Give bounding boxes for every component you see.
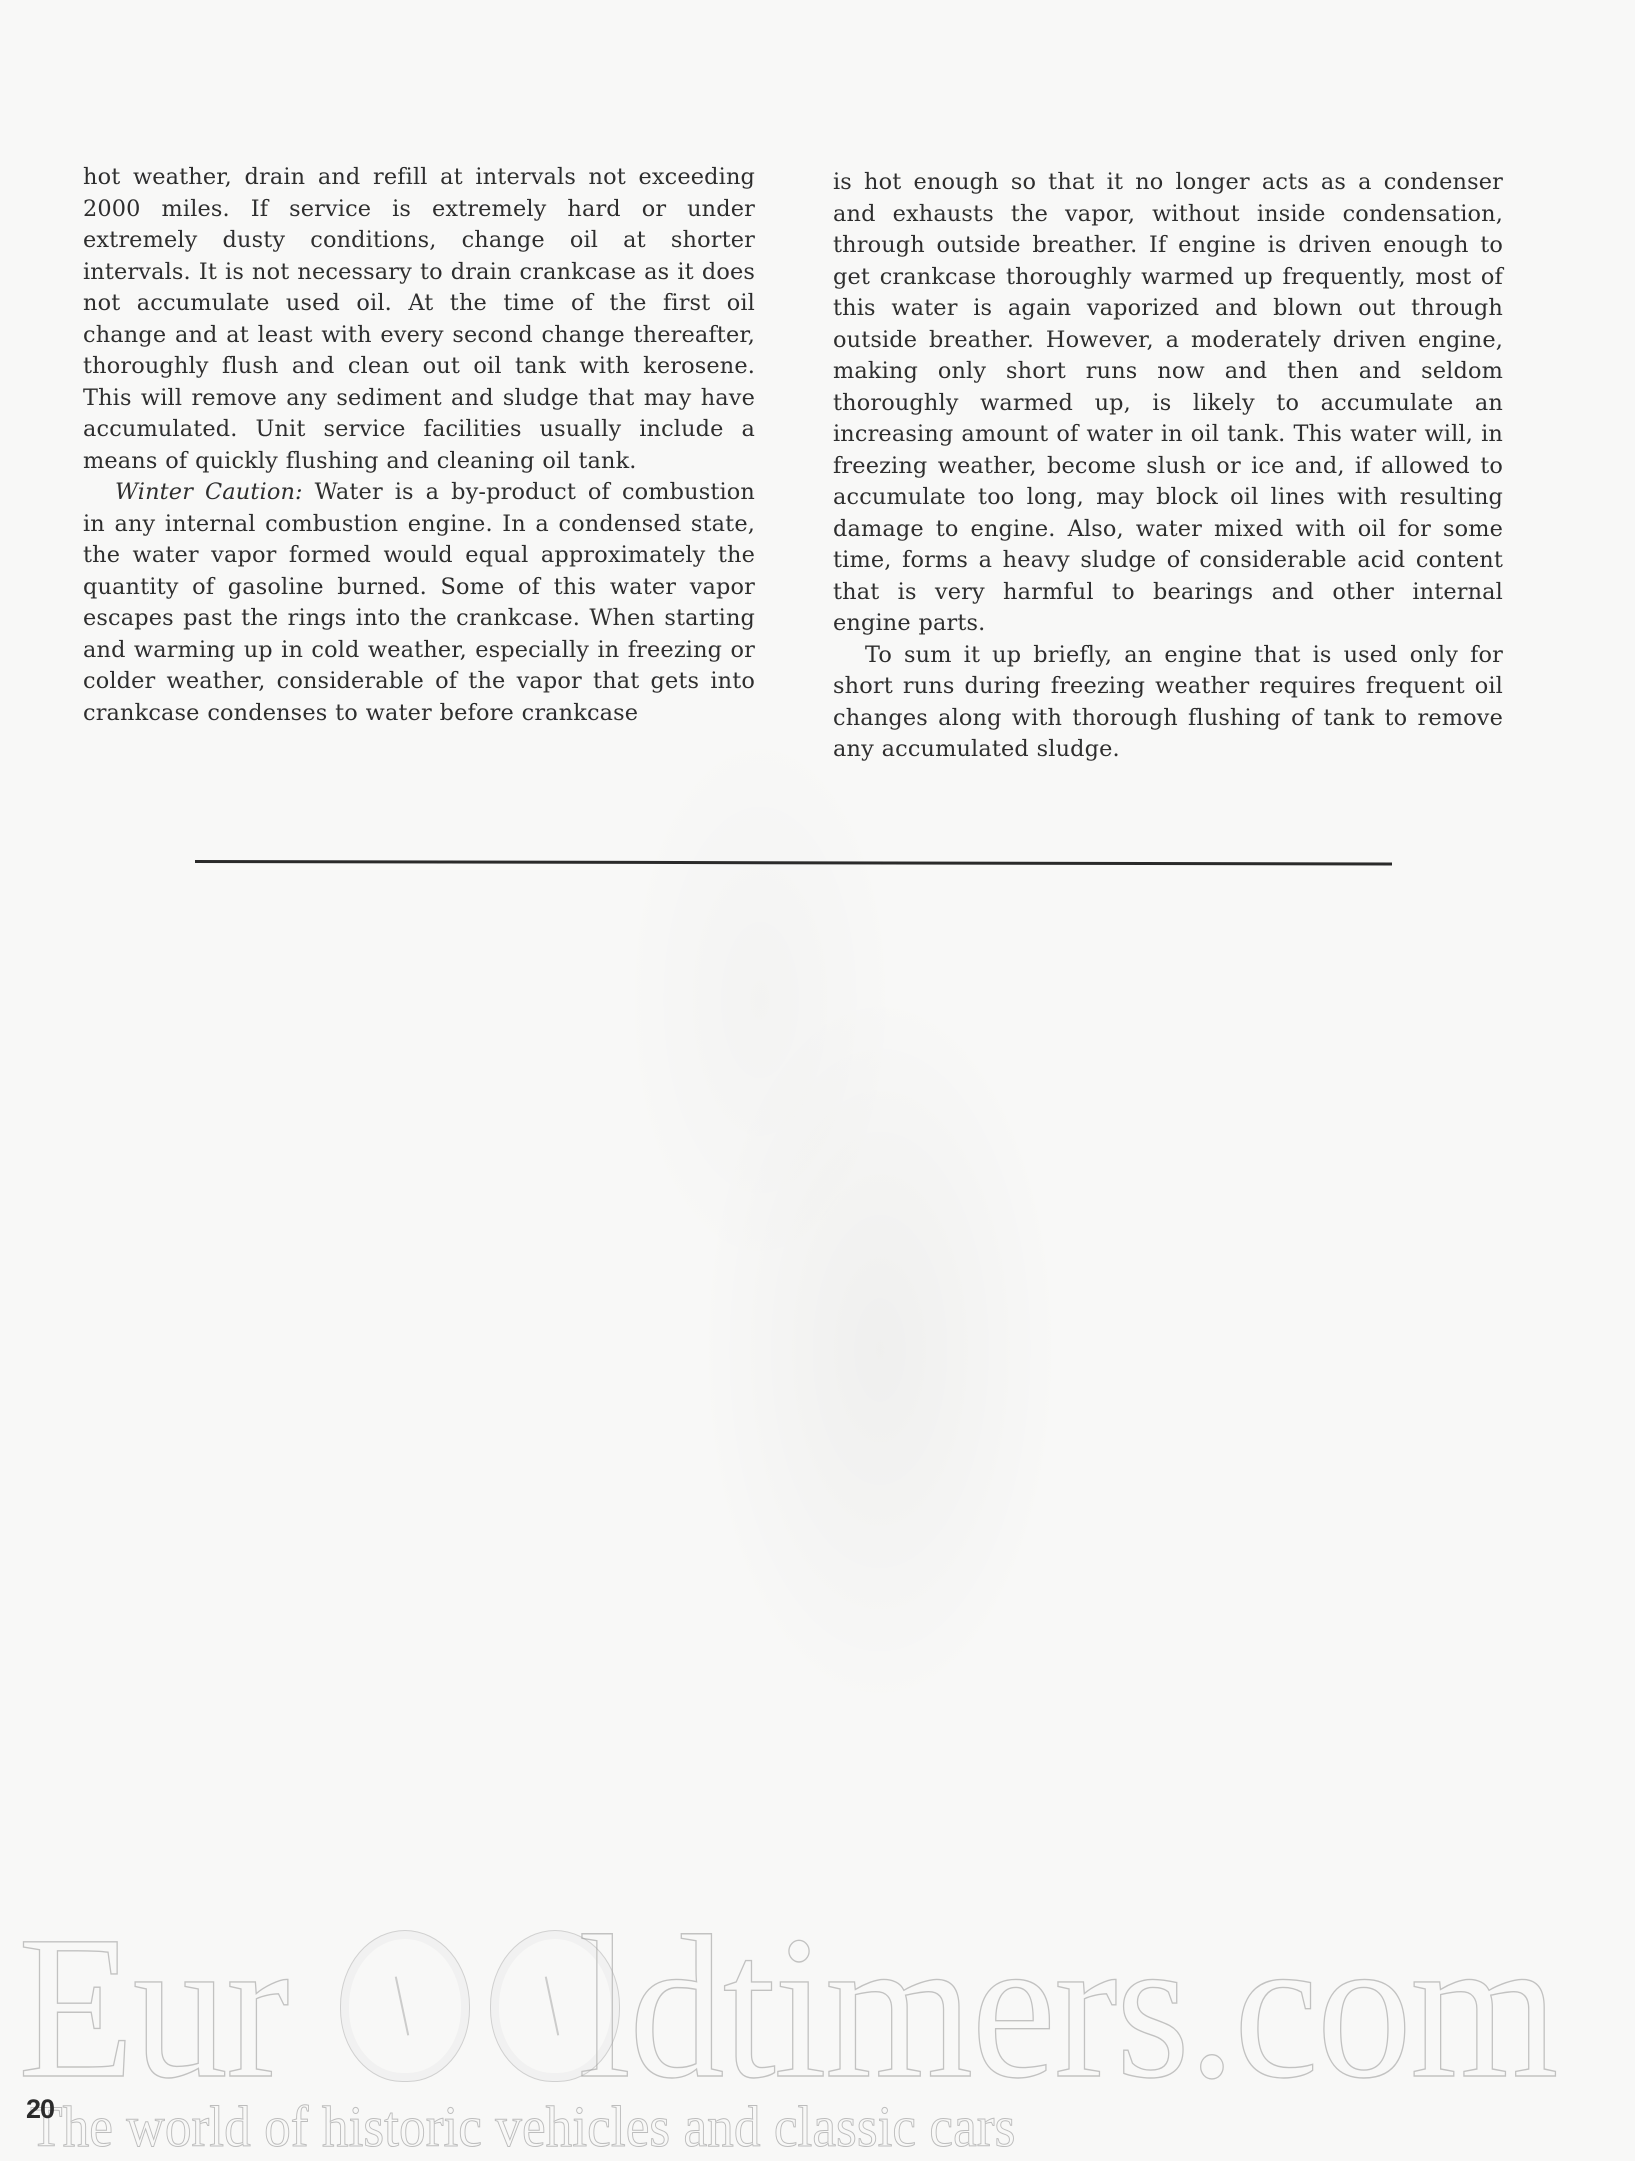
left-text-column: hot weather, drain and refill at interva… <box>83 162 755 729</box>
right-text-column: is hot enough so that it no longer acts … <box>833 167 1503 766</box>
watermark-tagline: The world of historic vehicles and class… <box>30 2098 1015 2156</box>
watermark-site-name: Eur ldtimers.com <box>18 1905 1557 2110</box>
paragraph-summary: To sum it up briefly, an engine that is … <box>833 640 1503 766</box>
horizontal-rule <box>195 860 1392 866</box>
paragraph-winter-caution: Winter Caution: Water is a by-product of… <box>83 477 755 729</box>
clock-gauge-icon <box>340 1930 470 2082</box>
page-number: 20 <box>26 2096 54 2123</box>
winter-caution-heading: Winter Caution: <box>115 479 303 505</box>
paragraph-oil-change: hot weather, drain and refill at interva… <box>83 162 755 477</box>
paragraph-text: Water is a by-product of com­bustion in … <box>83 479 755 726</box>
paragraph-text: is hot enough so that it no longer acts … <box>833 169 1503 636</box>
paragraph-condensation: is hot enough so that it no longer acts … <box>833 167 1503 640</box>
paragraph-text: hot weather, drain and refill at interva… <box>83 164 755 474</box>
paragraph-text: To sum it up briefly, an engine that is … <box>833 642 1503 763</box>
clock-gauge-icon <box>490 1930 620 2082</box>
